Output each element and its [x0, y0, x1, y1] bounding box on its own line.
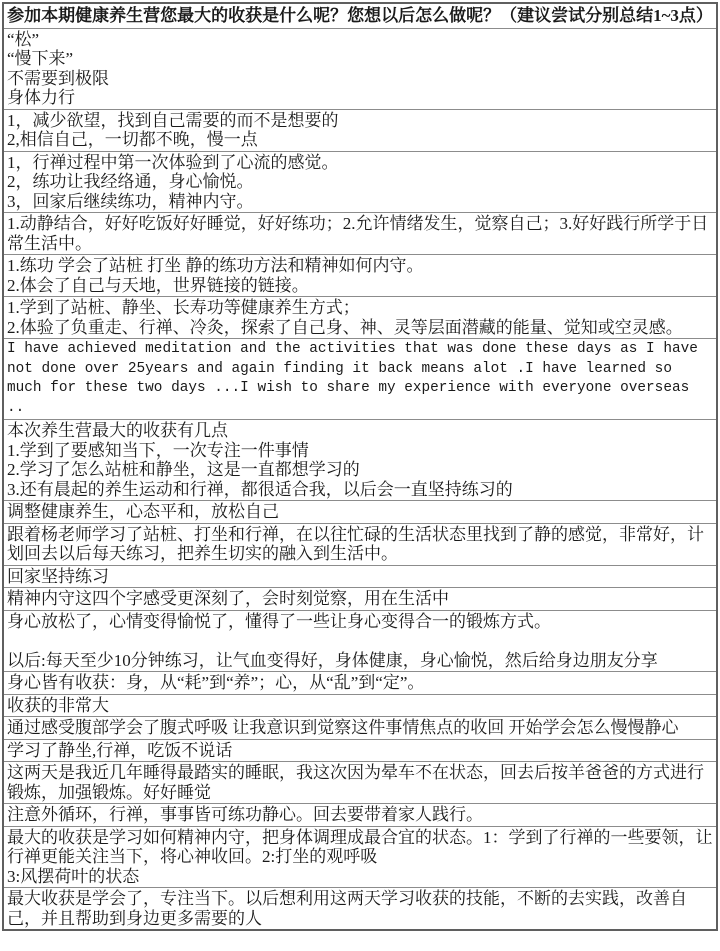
table-row: 1.练功 学会了站桩 打坐 静的练功方法和精神如何内守。 2.体会了自己与天地，… [3, 255, 717, 297]
response-cell: 1.动静结合，好好吃饭好好睡觉，好好练功；2.允许情绪发生，觉察自己；3.好好践… [3, 213, 717, 255]
response-cell: 1，减少欲望，找到自己需要的而不是想要的 2,相信自己，一切都不晚，慢一点 [3, 109, 717, 151]
response-cell: “松” “慢下来” 不需要到极限 身体力行 [3, 28, 717, 109]
response-cell: 1.学到了站桩、静坐、长寿功等健康养生方式； 2.体验了负重走、行禅、冷灸，探索… [3, 297, 717, 339]
table-row: 1.动静结合，好好吃饭好好睡觉，好好练功；2.允许情绪发生，觉察自己；3.好好践… [3, 213, 717, 255]
response-cell: 学习了静坐,行禅，吃饭不说话 [3, 739, 717, 762]
response-cell: 身心皆有收获：身，从“耗”到“养”；心，从“乱”到“定”。 [3, 672, 717, 695]
response-cell: 注意外循环，行禅，事事皆可练功静心。回去要带着家人践行。 [3, 804, 717, 827]
response-cell: 这两天是我近几年睡得最踏实的睡眠，我这次因为晕车不在状态，回去后按羊爸爸的方式进… [3, 762, 717, 804]
response-cell: 回家坚持练习 [3, 565, 717, 588]
response-cell: 最大收获是学会了，专注当下。以后想利用这两天学习收获的技能，不断的去实践，改善自… [3, 888, 717, 931]
response-cell: 1，行禅过程中第一次体验到了心流的感觉。 2，练功让我经络通，身心愉悦。 3，回… [3, 151, 717, 213]
table-row: 这两天是我近几年睡得最踏实的睡眠，我这次因为晕车不在状态，回去后按羊爸爸的方式进… [3, 762, 717, 804]
table-row: 1，减少欲望，找到自己需要的而不是想要的 2,相信自己，一切都不晚，慢一点 [3, 109, 717, 151]
table-row: 通过感受腹部学会了腹式呼吸 让我意识到觉察这件事情焦点的收回 开始学会怎么慢慢静… [3, 717, 717, 740]
table-row: 学习了静坐,行禅，吃饭不说话 [3, 739, 717, 762]
response-cell: 1.练功 学会了站桩 打坐 静的练功方法和精神如何内守。 2.体会了自己与天地，… [3, 255, 717, 297]
table-row: 身心放松了，心情变得愉悦了，懂得了一些让身心变得合一的锻炼方式。 以后:每天至少… [3, 610, 717, 672]
table-row: “松” “慢下来” 不需要到极限 身体力行 [3, 28, 717, 109]
survey-question-header: 参加本期健康养生营您最大的收获是什么呢？您想以后怎么做呢？（建议尝试分别总结1~… [3, 3, 717, 28]
table-row: 注意外循环，行禅，事事皆可练功静心。回去要带着家人践行。 [3, 804, 717, 827]
table-row: I have achieved meditation and the activ… [3, 339, 717, 420]
table-row: 跟着杨老师学习了站桩、打坐和行禅，在以往忙碌的生活状态里找到了静的感觉，非常好，… [3, 523, 717, 565]
table-row: 身心皆有收获：身，从“耗”到“养”；心，从“乱”到“定”。 [3, 672, 717, 695]
table-row: 收获的非常大 [3, 694, 717, 717]
response-cell: I have achieved meditation and the activ… [3, 339, 717, 420]
table-row: 精神内守这四个字感受更深刻了，会时刻觉察，用在生活中 [3, 588, 717, 611]
response-cell: 调整健康养生，心态平和，放松自己 [3, 501, 717, 524]
table-row: 调整健康养生，心态平和，放松自己 [3, 501, 717, 524]
table-row: 1，行禅过程中第一次体验到了心流的感觉。 2，练功让我经络通，身心愉悦。 3，回… [3, 151, 717, 213]
response-cell: 通过感受腹部学会了腹式呼吸 让我意识到觉察这件事情焦点的收回 开始学会怎么慢慢静… [3, 717, 717, 740]
table-row: 本次养生营最大的收获有几点 1.学到了要感知当下，一次专注一件事情 2.学习了怎… [3, 420, 717, 501]
responses-table-head: 参加本期健康养生营您最大的收获是什么呢？您想以后怎么做呢？（建议尝试分别总结1~… [3, 3, 717, 28]
response-cell: 身心放松了，心情变得愉悦了，懂得了一些让身心变得合一的锻炼方式。 以后:每天至少… [3, 610, 717, 672]
table-row: 最大收获是学会了，专注当下。以后想利用这两天学习收获的技能，不断的去实践，改善自… [3, 888, 717, 931]
response-cell: 跟着杨老师学习了站桩、打坐和行禅，在以往忙碌的生活状态里找到了静的感觉，非常好，… [3, 523, 717, 565]
responses-tbody: “松” “慢下来” 不需要到极限 身体力行1，减少欲望，找到自己需要的而不是想要… [3, 28, 717, 930]
table-row: 最大的收获是学习如何精神内守，把身体调理成最合宜的状态。1：学到了行禅的一些要领… [3, 826, 717, 888]
response-cell: 精神内守这四个字感受更深刻了，会时刻觉察，用在生活中 [3, 588, 717, 611]
responses-table: 参加本期健康养生营您最大的收获是什么呢？您想以后怎么做呢？（建议尝试分别总结1~… [2, 2, 718, 931]
header-row: 参加本期健康养生营您最大的收获是什么呢？您想以后怎么做呢？（建议尝试分别总结1~… [3, 3, 717, 28]
table-row: 1.学到了站桩、静坐、长寿功等健康养生方式； 2.体验了负重走、行禅、冷灸，探索… [3, 297, 717, 339]
response-cell: 本次养生营最大的收获有几点 1.学到了要感知当下，一次专注一件事情 2.学习了怎… [3, 420, 717, 501]
table-row: 回家坚持练习 [3, 565, 717, 588]
response-cell: 最大的收获是学习如何精神内守，把身体调理成最合宜的状态。1：学到了行禅的一些要领… [3, 826, 717, 888]
response-cell: 收获的非常大 [3, 694, 717, 717]
document-page: 参加本期健康养生营您最大的收获是什么呢？您想以后怎么做呢？（建议尝试分别总结1~… [0, 0, 720, 933]
